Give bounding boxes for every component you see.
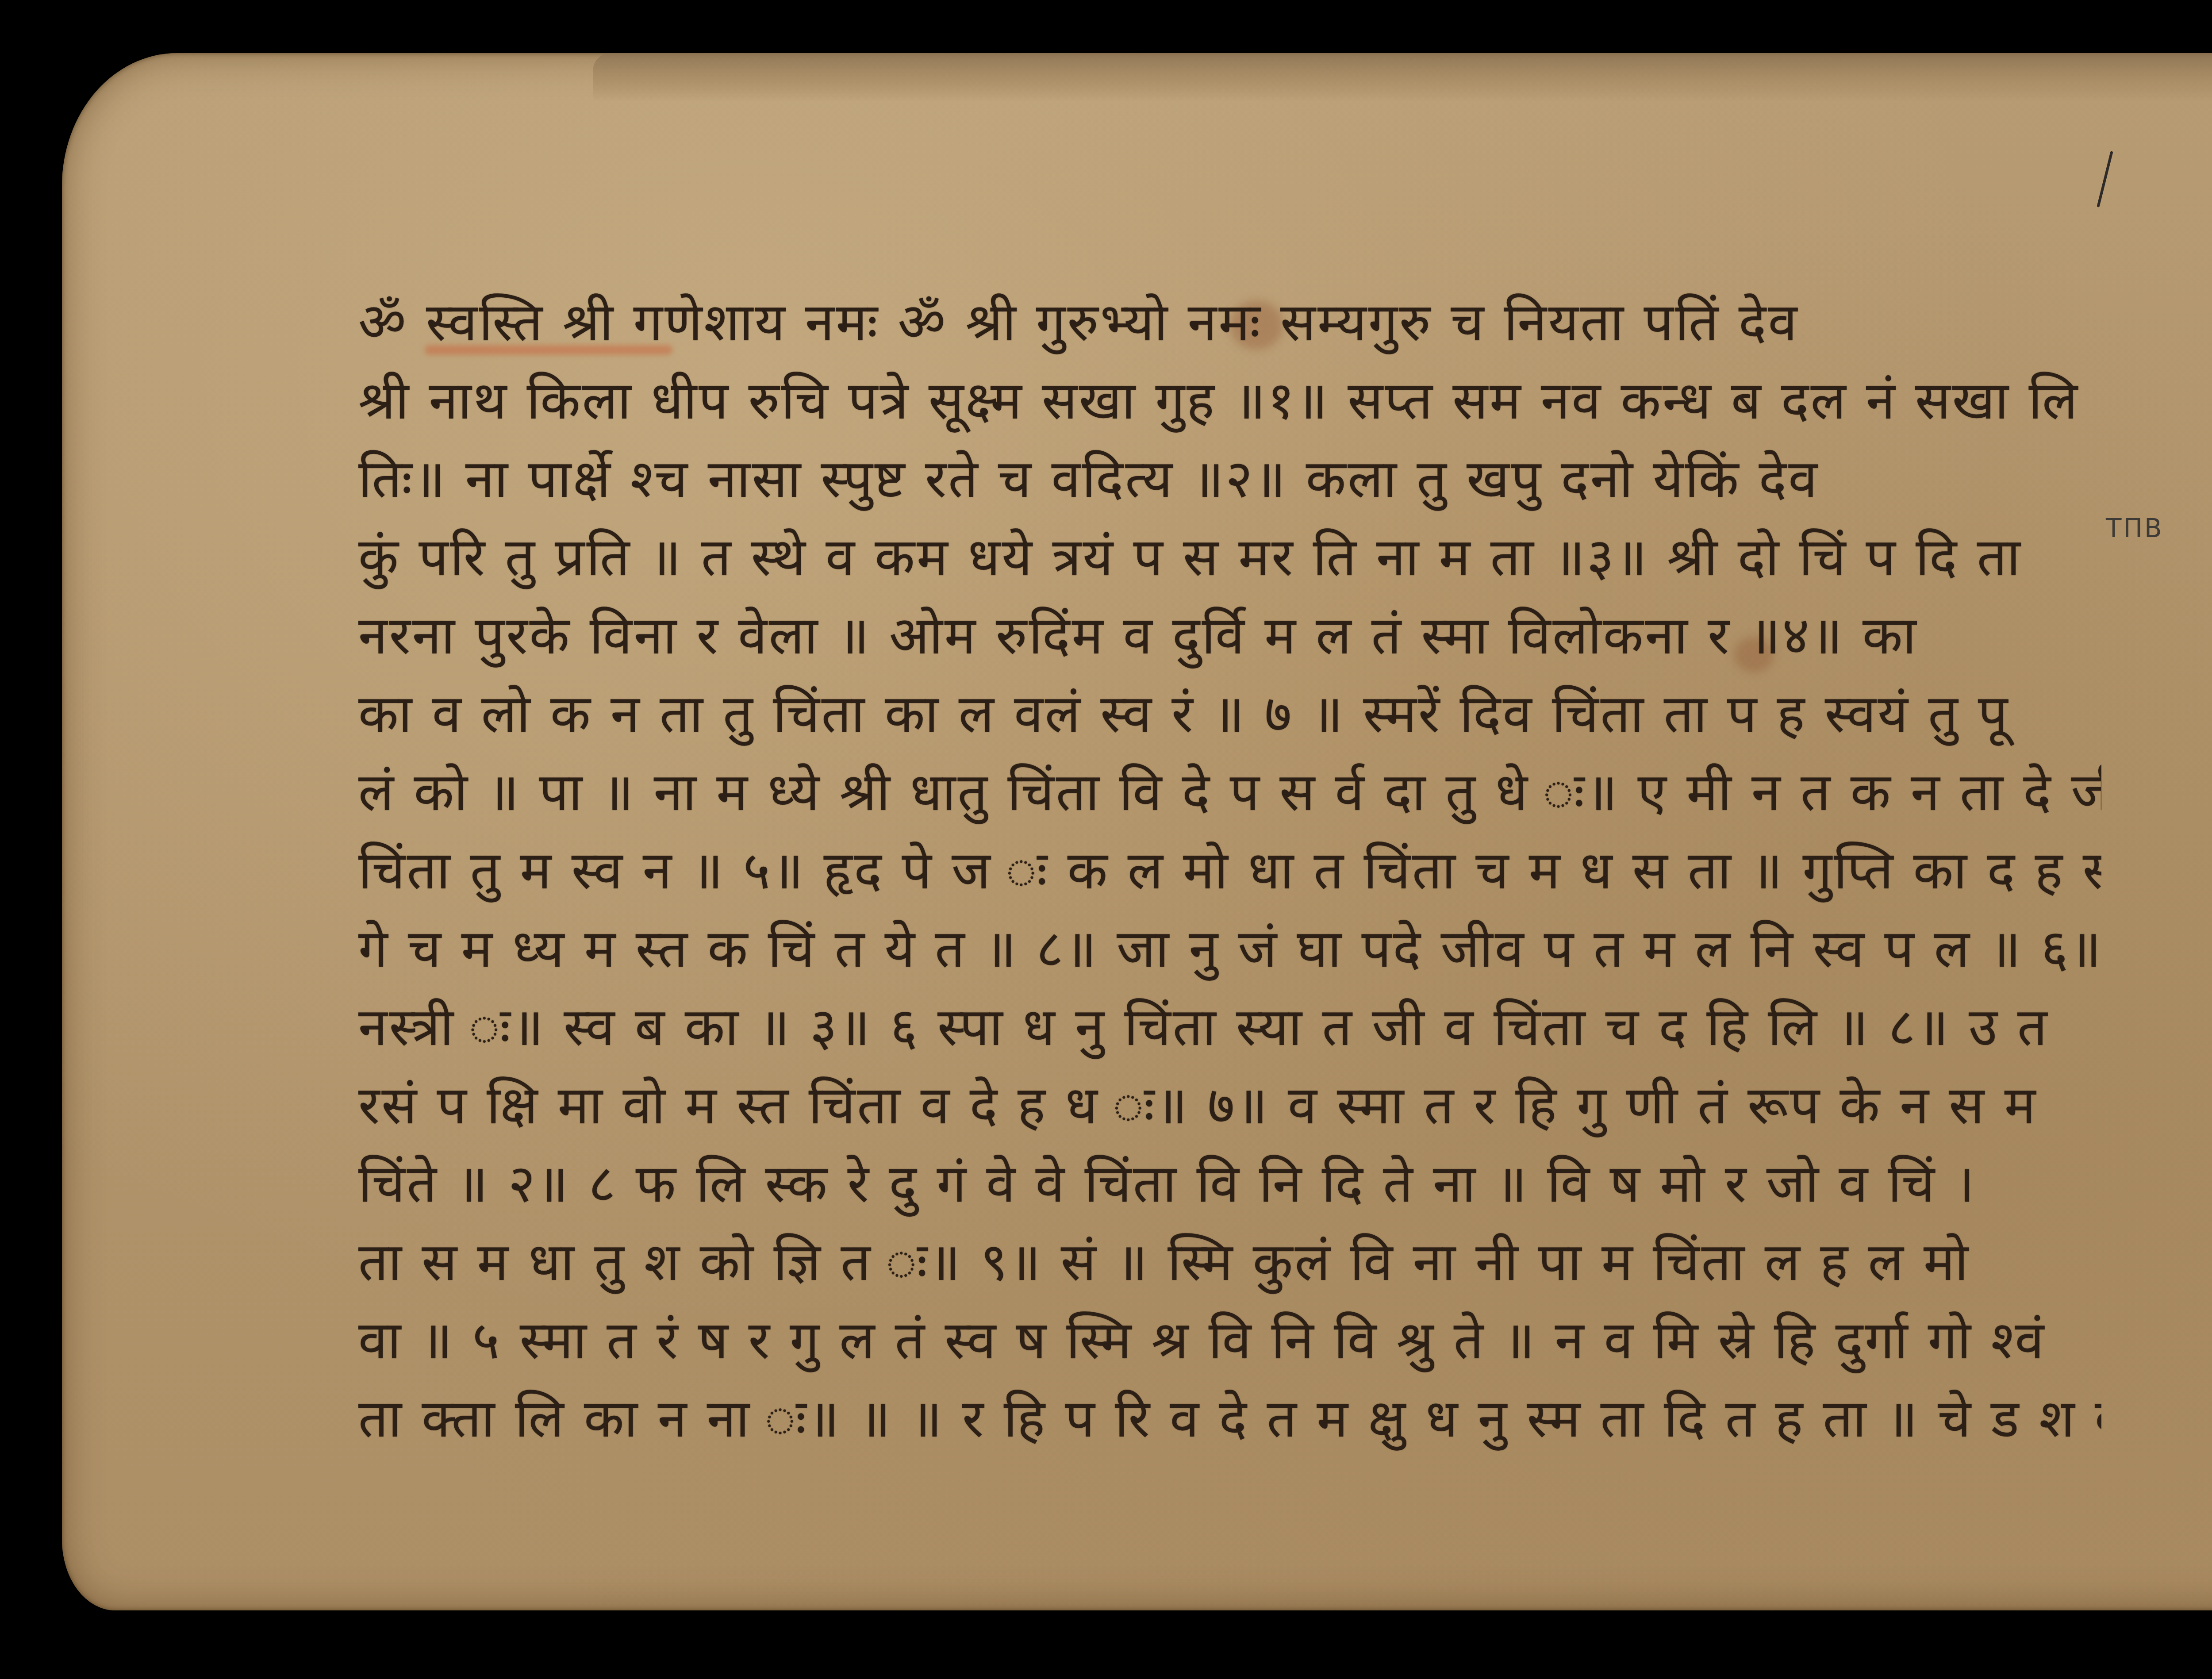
text-line: वा ॥ ५ स्मा त रं ष र गु ल तं स्व ष स्मि … xyxy=(358,1301,2101,1379)
text-line: नरना पुरके विना र वेला ॥ ओम रुदिंम व दुर… xyxy=(358,596,2101,675)
text-line: कुं परि तु प्रति ॥ त स्थे व कम धये त्रयं… xyxy=(358,518,2101,596)
folio-number-annotation: ТПВ xyxy=(2106,513,2164,543)
manuscript-text-block: ॐ स्वस्ति श्री गणेशाय नमः ॐ श्री गुरुभ्य… xyxy=(358,283,2101,1458)
text-line: श्री नाथ किला धीप रुचि पत्रे सूक्ष्म सखा… xyxy=(358,361,2101,440)
text-line: नस्त्री ः॥ स्व ब का ॥ ३॥ ६ स्पा ध नु चिं… xyxy=(358,988,2101,1066)
text-line: चिंता तु म स्व न ॥ ५॥ हृद पे ज ः क ल मो … xyxy=(358,831,2101,910)
text-line: ॐ स्वस्ति श्री गणेशाय नमः ॐ श्री गुरुभ्य… xyxy=(358,283,2101,361)
text-line: गे च म ध्य म स्त क चिं त ये त ॥ ८॥ जा नु… xyxy=(358,910,2101,988)
text-line: चिंते ॥ २॥ ८ फ लि स्क रे दु गं वे वे चिं… xyxy=(358,1145,2101,1223)
text-line: ता स म धा तु श को ज्ञि त ः॥ ९॥ सं ॥ स्मि… xyxy=(358,1223,2101,1301)
text-line: लं को ॥ पा ॥ ना म ध्ये श्री धातु चिंता व… xyxy=(358,753,2101,831)
manuscript-scan: ТПВ ॐ स्वस्ति श्री गणेशाय नमः ॐ श्री गुर… xyxy=(0,0,2212,1679)
text-line: रसं प क्षि मा वो म स्त चिंता व दे ह ध ः॥… xyxy=(358,1066,2101,1145)
text-line: ता क्ता लि का न ना ः॥ ॥ ॥ र हि प रि व दे… xyxy=(358,1379,2101,1458)
text-line: तिः॥ ना पार्क्षे श्च नासा स्पुष्ट रते च … xyxy=(358,440,2101,518)
text-line: का व लो क न ता तु चिंता का ल वलं स्व रं … xyxy=(358,675,2101,753)
